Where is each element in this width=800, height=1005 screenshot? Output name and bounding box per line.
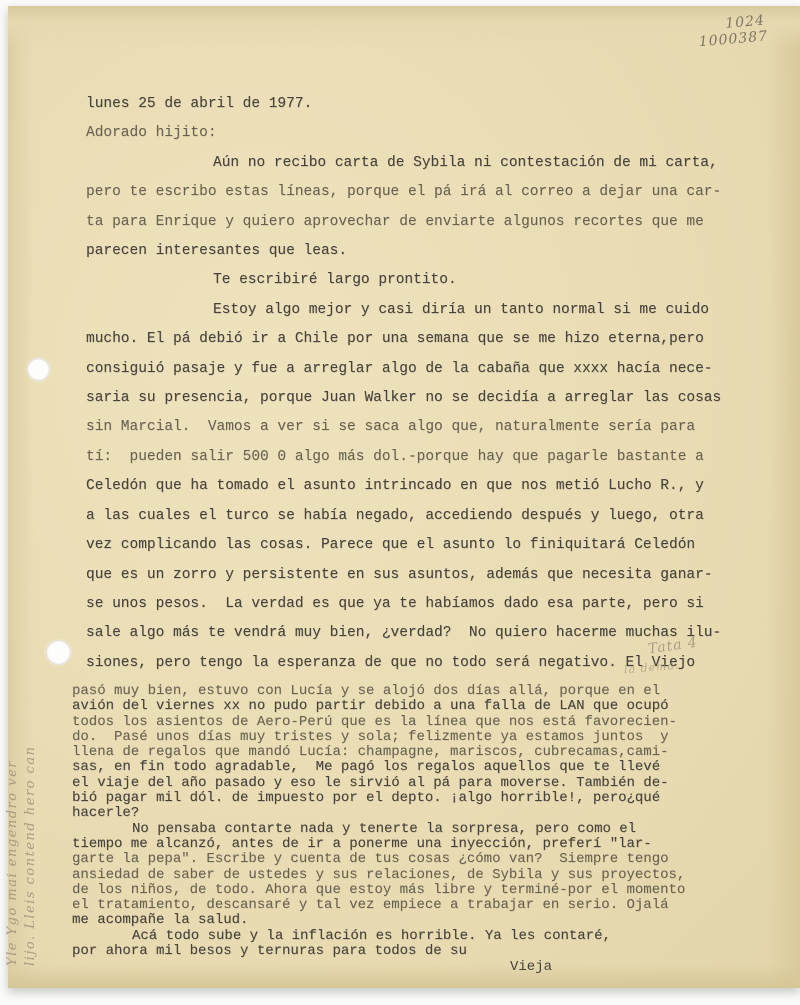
- letter-line: sale algo más te vendrá muy bien, ¿verda…: [86, 619, 721, 648]
- letter-paper: 1024 1000387 lunes 25 de abril de 1977.A…: [8, 6, 800, 988]
- letter-line: de los niños, de todo. Ahora que estoy m…: [72, 883, 685, 898]
- letter-line: ta para Enrique y quiero aprovechar de e…: [86, 208, 721, 237]
- letter-line: llena de regalos que mandó Lucía: champa…: [72, 745, 685, 760]
- letter-line: que es un zorro y persistente en sus asu…: [86, 561, 721, 590]
- letter-line: Estoy algo mejor y casi diría un tanto n…: [86, 296, 721, 325]
- margin-note-line: Yle Ygo mai engendro ver: [4, 636, 22, 966]
- letter-line: Celedón que ha tomado el asunto intrinca…: [86, 472, 721, 501]
- margin-note-line: lijo. Lleis contend hero can: [22, 636, 40, 966]
- letter-body-first-part: lunes 25 de abril de 1977.Adorado hijito…: [86, 90, 721, 678]
- hole-punch: [46, 640, 71, 665]
- salutation: Adorado hijito:: [86, 119, 721, 148]
- letter-line: todos los asientos de Aero-Perú que es l…: [72, 715, 685, 730]
- letter-line: se unos pesos. La verdad es que ya te ha…: [86, 590, 721, 619]
- letter-line: el tratamiento, descansaré y tal vez emp…: [72, 898, 685, 913]
- letter-line: por ahora mil besos y ternuras para todo…: [72, 944, 685, 959]
- letter-line: tiempo me alcanzó, antes de ir a ponerme…: [72, 837, 685, 852]
- letter-line: Te escribiré largo prontito.: [86, 266, 721, 295]
- letter-line: sas, en fin todo agradable, Me pagó los …: [72, 760, 685, 775]
- letter-line: hacerle?: [72, 806, 685, 821]
- letter-line: Acá todo sube y la inflación es horrible…: [72, 929, 685, 944]
- letter-line: me acompañe la salud.: [72, 913, 685, 928]
- signature: Vieja: [510, 959, 552, 975]
- letter-line: pasó muy bien, estuvo con Lucía y se alo…: [72, 684, 685, 699]
- letter-line: consiguió pasaje y fue a arreglar algo d…: [86, 355, 721, 384]
- date-line: lunes 25 de abril de 1977.: [86, 90, 721, 119]
- letter-line: garte la pepa". Escribe y cuenta de tus …: [72, 852, 685, 867]
- letter-line: parecen interesantes que leas.: [86, 237, 721, 266]
- archival-number-note: 1024 1000387: [697, 10, 799, 51]
- handwritten-margin-note: Yle Ygo mai engendro ver lijo. Lleis con…: [4, 636, 40, 966]
- letter-line: No pensaba contarte nada y tenerte la so…: [72, 822, 685, 837]
- letter-line: sin Marcial. Vamos a ver si se saca algo…: [86, 413, 721, 442]
- letter-line: pero te escribo estas líneas, porque el …: [86, 178, 721, 207]
- letter-line: a las cuales el turco se había negado, a…: [86, 502, 721, 531]
- letter-line: bió pagar mil dól. de impuesto por el de…: [72, 791, 685, 806]
- letter-line: mucho. El pá debió ir a Chile por una se…: [86, 325, 721, 354]
- letter-line: Aún no recibo carta de Sybila ni contest…: [86, 149, 721, 178]
- letter-line: do. Pasé unos días muy tristes y sola; f…: [72, 730, 685, 745]
- letter-line: avión del viernes xx no pudo partir debi…: [72, 699, 685, 714]
- hole-punch: [27, 358, 50, 381]
- letter-line: tí: pueden salir 500 0 algo más dol.-por…: [86, 443, 721, 472]
- letter-line: ansiedad de saber de ustedes y sus relac…: [72, 868, 685, 883]
- letter-line: el viaje del año pasado y eso le sirvió …: [72, 776, 685, 791]
- letter-line: vez complicando las cosas. Parece que el…: [86, 531, 721, 560]
- letter-line: saria su presencia, porque Juan Walker n…: [86, 384, 721, 413]
- letter-body-second-part: pasó muy bien, estuvo con Lucía y se alo…: [72, 684, 685, 959]
